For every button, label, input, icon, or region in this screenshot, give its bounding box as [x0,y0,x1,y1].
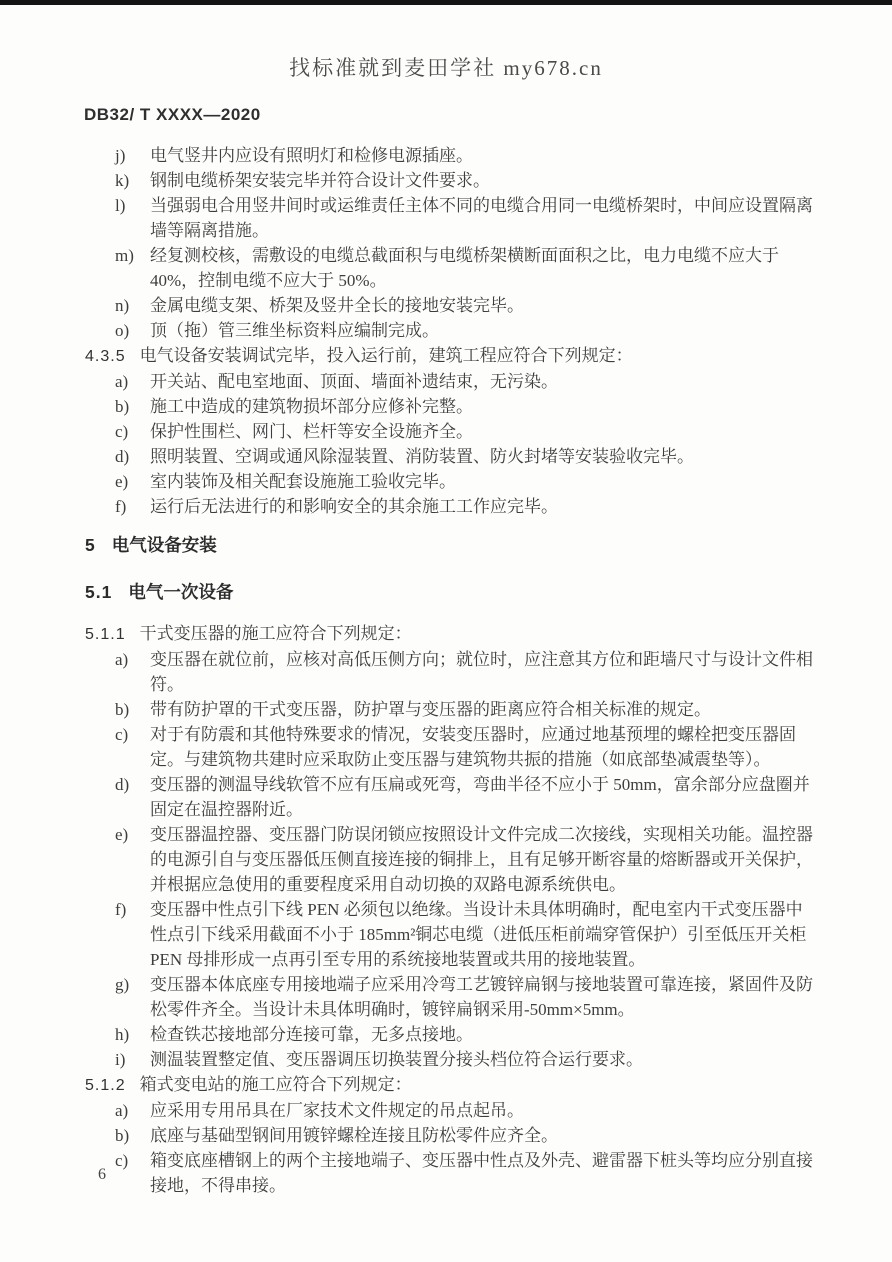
section-number: 5.1 [85,582,112,602]
list-item: e)变压器温控器、变压器门防误闭锁应按照设计文件完成二次接线，实现相关功能。温控… [85,822,814,897]
item-label: e) [115,822,145,847]
item-text: 室内装饰及相关配套设施施工验收完毕。 [150,472,456,491]
watermark-text: 找标准就到麦田学社 my678.cn [0,55,892,81]
clause-5-1-1: 5.1.1干式变压器的施工应符合下列规定： [85,621,814,647]
item-text: 顶（拖）管三维坐标资料应编制完成。 [150,321,439,340]
item-text: 电气竖井内应设有照明灯和检修电源插座。 [150,146,473,165]
list-item: l)当强弱电合用竖井间时或运维责任主体不同的电缆合用同一电缆桥架时，中间应设置隔… [85,193,814,243]
list-item: a)变压器在就位前，应核对高低压侧方向；就位时，应注意其方位和距墙尺寸与设计文件… [85,647,814,697]
item-label: c) [115,1148,145,1173]
list-item: e)室内装饰及相关配套设施施工验收完毕。 [85,469,814,494]
item-text: 当强弱电合用竖井间时或运维责任主体不同的电缆合用同一电缆桥架时，中间应设置隔离墙… [150,196,813,240]
item-text: 变压器中性点引下线 PEN 必须包以绝缘。当设计未具体明确时，配电室内干式变压器… [150,900,806,969]
clause-number: 5.1.1 [85,626,126,643]
list-item: g)变压器本体底座专用接地端子应采用冷弯工艺镀锌扁钢与接地装置可靠连接，紧固件及… [85,972,814,1022]
clause-number: 5.1.2 [85,1077,126,1094]
doc-number: DB32/ T XXXX—2020 [84,103,892,127]
item-label: f) [115,897,145,922]
list-item: c)对于有防震和其他特殊要求的情况，安装变压器时，应通过地基预埋的螺栓把变压器固… [85,722,814,772]
list-item: o)顶（拖）管三维坐标资料应编制完成。 [85,318,814,343]
item-text: 金属电缆支架、桥架及竖井全长的接地安装完毕。 [150,296,524,315]
item-label: h) [115,1022,145,1047]
list-5-1-2: a)应采用专用吊具在厂家技术文件规定的吊点起吊。 b)底座与基础型钢间用镀锌螺栓… [85,1098,814,1198]
list-item: b)带有防护罩的干式变压器，防护罩与变压器的距离应符合相关标准的规定。 [85,697,814,722]
item-text: 变压器本体底座专用接地端子应采用冷弯工艺镀锌扁钢与接地装置可靠连接，紧固件及防松… [150,975,813,1019]
scan-edge-bar [0,0,892,5]
item-text: 开关站、配电室地面、顶面、墙面补遗结束，无污染。 [150,372,558,391]
list-item: b)施工中造成的建筑物损坏部分应修补完整。 [85,394,814,419]
item-text: 保护性围栏、网门、栏杆等安全设施齐全。 [150,422,473,441]
item-label: a) [115,369,145,394]
item-text: 运行后无法进行的和影响安全的其余施工工作应完毕。 [150,497,558,516]
list-item: i)测温装置整定值、变压器调压切换装置分接头档位符合运行要求。 [85,1047,814,1072]
list-item: b)底座与基础型钢间用镀锌螺栓连接且防松零件应齐全。 [85,1123,814,1148]
list-item: j)电气竖井内应设有照明灯和检修电源插座。 [85,143,814,168]
section-5-heading: 5电气设备安装 [85,533,814,558]
item-text: 变压器在就位前，应核对高低压侧方向；就位时，应注意其方位和距墙尺寸与设计文件相符… [150,650,813,694]
item-text: 检查铁芯接地部分连接可靠，无多点接地。 [150,1025,473,1044]
item-label: d) [115,444,145,469]
item-label: j) [115,143,145,168]
item-label: b) [115,394,145,419]
item-text: 底座与基础型钢间用镀锌螺栓连接且防松零件应齐全。 [150,1126,558,1145]
list-j-o: j)电气竖井内应设有照明灯和检修电源插座。 k)钢制电缆桥架安装完毕并符合设计文… [85,143,814,343]
item-text: 带有防护罩的干式变压器，防护罩与变压器的距离应符合相关标准的规定。 [150,700,711,719]
item-label: a) [115,1098,145,1123]
item-label: c) [115,722,145,747]
item-label: e) [115,469,145,494]
item-label: k) [115,168,145,193]
list-item: m)经复测校核，需敷设的电缆总截面积与电缆桥架横断面面积之比，电力电缆不应大于 … [85,243,814,293]
item-text: 对于有防震和其他特殊要求的情况，安装变压器时，应通过地基预埋的螺栓把变压器固定。… [150,725,796,769]
item-label: c) [115,419,145,444]
list-4-3-5: a)开关站、配电室地面、顶面、墙面补遗结束，无污染。 b)施工中造成的建筑物损坏… [85,369,814,519]
list-item: d)变压器的测温导线软管不应有压扁或死弯，弯曲半径不应小于 50mm，富余部分应… [85,772,814,822]
item-text: 照明装置、空调或通风除湿装置、消防装置、防火封堵等安装验收完毕。 [150,447,694,466]
list-item: f)运行后无法进行的和影响安全的其余施工工作应完毕。 [85,494,814,519]
list-item: h)检查铁芯接地部分连接可靠，无多点接地。 [85,1022,814,1047]
item-label: i) [115,1047,145,1072]
item-label: g) [115,972,145,997]
item-text: 箱变底座槽钢上的两个主接地端子、变压器中性点及外壳、避雷器下桩头等均应分别直接接… [150,1151,813,1195]
list-item: f)变压器中性点引下线 PEN 必须包以绝缘。当设计未具体明确时，配电室内干式变… [85,897,814,972]
item-label: o) [115,318,145,343]
clause-4-3-5: 4.3.5电气设备安装调试完毕，投入运行前，建筑工程应符合下列规定： [85,343,814,369]
item-label: b) [115,697,145,722]
list-item: k)钢制电缆桥架安装完毕并符合设计文件要求。 [85,168,814,193]
page-number: 6 [98,1166,106,1184]
list-5-1-1: a)变压器在就位前，应核对高低压侧方向；就位时，应注意其方位和距墙尺寸与设计文件… [85,647,814,1072]
item-label: l) [115,193,145,218]
document-body: j)电气竖井内应设有照明灯和检修电源插座。 k)钢制电缆桥架安装完毕并符合设计文… [85,143,814,1198]
item-label: d) [115,772,145,797]
list-item: n)金属电缆支架、桥架及竖井全长的接地安装完毕。 [85,293,814,318]
item-label: m) [115,243,145,268]
item-text: 变压器的测温导线软管不应有压扁或死弯，弯曲半径不应小于 50mm，富余部分应盘圈… [150,775,810,819]
item-text: 测温装置整定值、变压器调压切换装置分接头档位符合运行要求。 [150,1050,643,1069]
item-label: n) [115,293,145,318]
list-item: c)箱变底座槽钢上的两个主接地端子、变压器中性点及外壳、避雷器下桩头等均应分别直… [85,1148,814,1198]
clause-title: 箱式变电站的施工应符合下列规定： [140,1075,412,1094]
item-label: b) [115,1123,145,1148]
item-text: 变压器温控器、变压器门防误闭锁应按照设计文件完成二次接线，实现相关功能。温控器的… [150,825,813,894]
section-title: 电气设备安装 [112,535,217,555]
list-item: a)开关站、配电室地面、顶面、墙面补遗结束，无污染。 [85,369,814,394]
list-item: c)保护性围栏、网门、栏杆等安全设施齐全。 [85,419,814,444]
item-label: a) [115,647,145,672]
clause-title: 干式变压器的施工应符合下列规定： [140,624,412,643]
item-text: 应采用专用吊具在厂家技术文件规定的吊点起吊。 [150,1101,524,1120]
item-text: 钢制电缆桥架安装完毕并符合设计文件要求。 [150,171,490,190]
section-5-1-heading: 5.1电气一次设备 [85,580,814,605]
clause-5-1-2: 5.1.2箱式变电站的施工应符合下列规定： [85,1072,814,1098]
document-page: 找标准就到麦田学社 my678.cn DB32/ T XXXX—2020 j)电… [0,0,892,1262]
list-item: a)应采用专用吊具在厂家技术文件规定的吊点起吊。 [85,1098,814,1123]
section-title: 电气一次设备 [128,582,233,602]
item-label: f) [115,494,145,519]
clause-number: 4.3.5 [85,348,126,365]
item-text: 经复测校核，需敷设的电缆总截面积与电缆桥架横断面面积之比，电力电缆不应大于 40… [150,246,779,290]
item-text: 施工中造成的建筑物损坏部分应修补完整。 [150,397,473,416]
section-number: 5 [85,535,96,555]
list-item: d)照明装置、空调或通风除湿装置、消防装置、防火封堵等安装验收完毕。 [85,444,814,469]
clause-title: 电气设备安装调试完毕，投入运行前，建筑工程应符合下列规定： [140,346,633,365]
